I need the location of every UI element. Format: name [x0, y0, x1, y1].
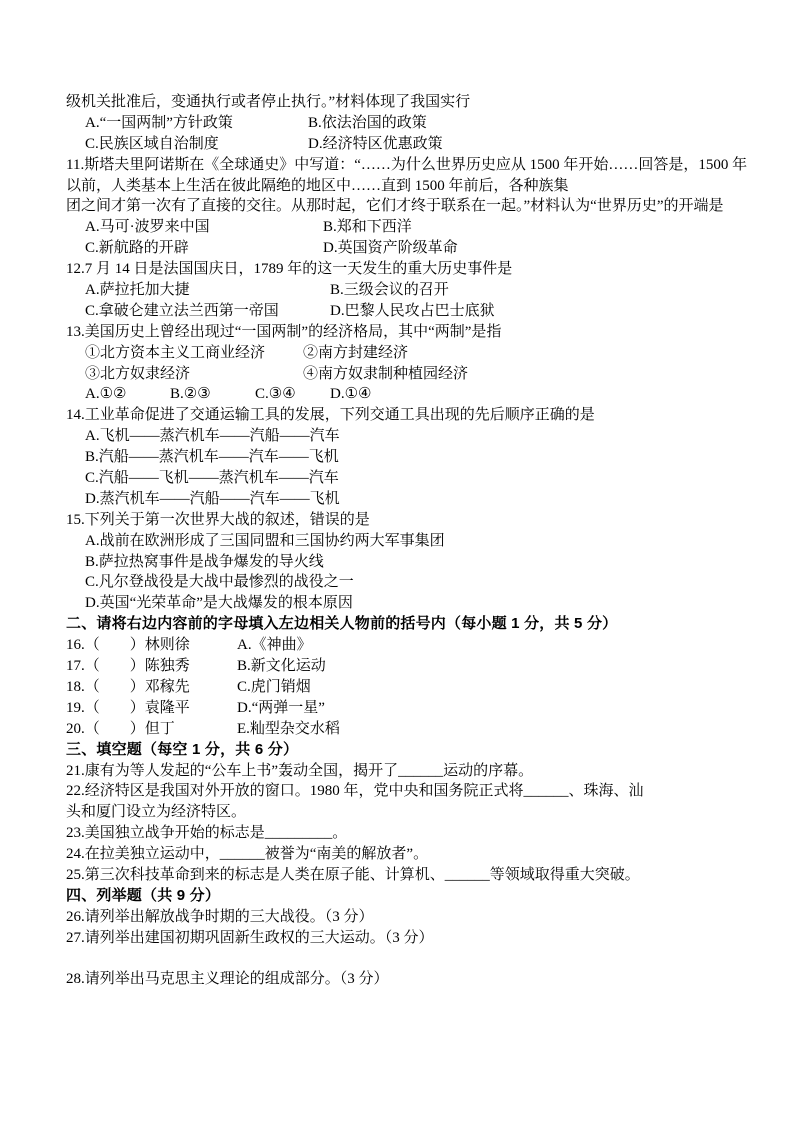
q10-stem-continuation: 级机关批准后，变通执行或者停止执行。”材料体现了我国实行 [0, 92, 794, 113]
q23-fill-blank: 23.美国独立战争开始的标志是_________。 [0, 823, 794, 844]
q13-items-3-4: ③北方奴隶经济④南方奴隶制种植园经济 [0, 364, 794, 385]
q17-matching-row-seg-0: 17.（ ）陈独秀 [66, 656, 190, 677]
q13-items-1-2: ①北方资本主义工商业经济②南方封建经济 [0, 343, 794, 364]
q14-option-b-seg-0: B.汽船——蒸汽机车——汽车——飞机 [85, 447, 339, 468]
q15-option-a-seg-0: A.战前在欧洲形成了三国同盟和三国协约两大军事集团 [85, 531, 445, 552]
q13-options-seg-3: D.①④ [330, 384, 371, 405]
q10-stem-continuation-seg-0: 级机关批准后，变通执行或者停止执行。”材料体现了我国实行 [66, 92, 470, 113]
q12-options-ab-seg-0: A.萨拉托加大捷 [85, 280, 190, 301]
q13-items-3-4-seg-0: ③北方奴隶经济 [85, 364, 190, 385]
q20-matching-row-seg-0: 20.（ ）但丁 [66, 719, 175, 740]
q19-matching-row-seg-0: 19.（ ）袁隆平 [66, 698, 190, 719]
q12-options-ab: A.萨拉托加大捷B.三级会议的召开 [0, 280, 794, 301]
q18-matching-row-seg-1: C.虎门销烟 [237, 677, 311, 698]
section-2-heading-seg-0: 二、请将右边内容前的字母填入左边相关人物前的括号内（每小题 1 分，共 5 分） [66, 614, 617, 635]
q14-option-a-seg-0: A.飞机——蒸汽机车——汽船——汽车 [85, 426, 340, 447]
q27-list-question: 27.请列举出建国初期巩固新生政权的三大运动。（3 分） [0, 928, 794, 949]
blank-line [0, 949, 794, 970]
q10-options-cd-seg-1: D.经济特区优惠政策 [308, 134, 443, 155]
q11-stem-line-3: 团之间才第一次有了直接的交往。从那时起，它们才终于联系在一起。”材料认为“世界历… [0, 196, 794, 217]
q20-matching-row-seg-1: E.籼型杂交水稻 [237, 719, 340, 740]
q22-fill-blank-line-1-seg-0: 22.经济特区是我国对外开放的窗口。1980 年，党中央和国务院正式将_____… [66, 781, 644, 802]
q18-matching-row: 18.（ ）邓稼先C.虎门销烟 [0, 677, 794, 698]
q17-matching-row-seg-1: B.新文化运动 [237, 656, 326, 677]
q13-stem: 13.美国历史上曾经出现过“一国两制”的经济格局，其中“两制”是指 [0, 322, 794, 343]
q23-fill-blank-seg-0: 23.美国独立战争开始的标志是_________。 [66, 823, 347, 844]
q11-options-ab-seg-0: A.马可·波罗来中国 [85, 217, 210, 238]
q16-matching-row-seg-1: A.《神曲》 [237, 635, 312, 656]
q15-option-c-seg-0: C.凡尔登战役是大战中最惨烈的战役之一 [85, 572, 354, 593]
q13-items-3-4-seg-1: ④南方奴隶制种植园经济 [303, 364, 468, 385]
q17-matching-row: 17.（ ）陈独秀B.新文化运动 [0, 656, 794, 677]
q12-options-cd-seg-1: D.巴黎人民攻占巴士底狱 [330, 301, 495, 322]
q15-option-d-seg-0: D.英国“光荣革命”是大战爆发的根本原因 [85, 593, 353, 614]
q12-options-ab-seg-1: B.三级会议的召开 [330, 280, 449, 301]
section-3-heading-seg-0: 三、填空题（每空 1 分，共 6 分） [66, 740, 298, 761]
q13-options-seg-1: B.②③ [170, 384, 211, 405]
q12-stem-seg-0: 12.7 月 14 日是法国国庆日，1789 年的这一天发生的重大历史事件是 [66, 259, 512, 280]
q11-options-ab: A.马可·波罗来中国B.郑和下西洋 [0, 217, 794, 238]
q15-option-c: C.凡尔登战役是大战中最惨烈的战役之一 [0, 572, 794, 593]
q12-options-cd-seg-0: C.拿破仑建立法兰西第一帝国 [85, 301, 279, 322]
q12-stem: 12.7 月 14 日是法国国庆日，1789 年的这一天发生的重大历史事件是 [0, 259, 794, 280]
q15-option-b: B.萨拉热窝事件是战争爆发的导火线 [0, 552, 794, 573]
q22-fill-blank-line-1: 22.经济特区是我国对外开放的窗口。1980 年，党中央和国务院正式将_____… [0, 781, 794, 802]
q15-option-b-seg-0: B.萨拉热窝事件是战争爆发的导火线 [85, 552, 324, 573]
q13-options-seg-0: A.①② [85, 384, 126, 405]
q11-options-ab-seg-1: B.郑和下西洋 [323, 217, 412, 238]
q14-option-c: C.汽船——飞机——蒸汽机车——汽车 [0, 468, 794, 489]
q27-list-question-seg-0: 27.请列举出建国初期巩固新生政权的三大运动。（3 分） [66, 928, 434, 949]
q16-matching-row: 16.（ ）林则徐A.《神曲》 [0, 635, 794, 656]
q14-option-c-seg-0: C.汽船——飞机——蒸汽机车——汽车 [85, 468, 339, 489]
q13-options: A.①②B.②③C.③④D.①④ [0, 384, 794, 405]
q11-options-cd: C.新航路的开辟D.英国资产阶级革命 [0, 238, 794, 259]
section-4-heading: 四、列举题（共 9 分） [0, 886, 794, 907]
q26-list-question-seg-0: 26.请列举出解放战争时期的三大战役。（3 分） [66, 907, 374, 928]
q20-matching-row: 20.（ ）但丁E.籼型杂交水稻 [0, 719, 794, 740]
q14-stem-seg-0: 14.工业革命促进了交通运输工具的发展，下列交通工具出现的先后顺序正确的是 [66, 405, 595, 426]
q24-fill-blank: 24.在拉美独立运动中，______被誉为“南美的解放者”。 [0, 844, 794, 865]
q25-fill-blank-seg-0: 25.第三次科技革命到来的标志是人类在原子能、计算机、______等领域取得重大… [66, 865, 640, 886]
q10-options-ab-seg-0: A.“一国两制”方针政策 [85, 113, 233, 134]
q14-option-b: B.汽船——蒸汽机车——汽车——飞机 [0, 447, 794, 468]
q11-stem-line-3-seg-0: 团之间才第一次有了直接的交往。从那时起，它们才终于联系在一起。”材料认为“世界历… [66, 196, 723, 217]
q14-option-d: D.蒸汽机车——汽船——汽车——飞机 [0, 489, 794, 510]
exam-page: 级机关批准后，变通执行或者停止执行。”材料体现了我国实行A.“一国两制”方针政策… [0, 92, 794, 990]
q18-matching-row-seg-0: 18.（ ）邓稼先 [66, 677, 190, 698]
q13-items-1-2-seg-1: ②南方封建经济 [303, 343, 408, 364]
q28-list-question: 28.请列举出马克思主义理论的组成部分。（3 分） [0, 969, 794, 990]
q11-stem-line-2: 以前，人类基本上生活在彼此隔绝的地区中……直到 1500 年前后，各种族集 [0, 176, 794, 197]
q19-matching-row-seg-1: D.“两弹一星” [237, 698, 325, 719]
q15-stem-seg-0: 15.下列关于第一次世界大战的叙述，错误的是 [66, 510, 370, 531]
q21-fill-blank-seg-0: 21.康有为等人发起的“公车上书”轰动全国，揭开了______运动的序幕。 [66, 761, 533, 782]
section-2-heading: 二、请将右边内容前的字母填入左边相关人物前的括号内（每小题 1 分，共 5 分） [0, 614, 794, 635]
section-4-heading-seg-0: 四、列举题（共 9 分） [66, 886, 220, 907]
q22-fill-blank-line-2-seg-0: 头和厦门设立为经济特区。 [66, 802, 246, 823]
q21-fill-blank: 21.康有为等人发起的“公车上书”轰动全国，揭开了______运动的序幕。 [0, 761, 794, 782]
q15-option-a: A.战前在欧洲形成了三国同盟和三国协约两大军事集团 [0, 531, 794, 552]
q13-options-seg-2: C.③④ [255, 384, 296, 405]
q10-options-ab: A.“一国两制”方针政策B.依法治国的政策 [0, 113, 794, 134]
q11-stem-line-1: 11.斯塔夫里阿诺斯在《全球通史》中写道：“……为什么世界历史应从 1500 年… [0, 155, 794, 176]
q11-options-cd-seg-0: C.新航路的开辟 [85, 238, 189, 259]
q13-items-1-2-seg-0: ①北方资本主义工商业经济 [85, 343, 265, 364]
q24-fill-blank-seg-0: 24.在拉美独立运动中，______被誉为“南美的解放者”。 [66, 844, 428, 865]
q16-matching-row-seg-0: 16.（ ）林则徐 [66, 635, 190, 656]
q14-stem: 14.工业革命促进了交通运输工具的发展，下列交通工具出现的先后顺序正确的是 [0, 405, 794, 426]
q28-list-question-seg-0: 28.请列举出马克思主义理论的组成部分。（3 分） [66, 969, 389, 990]
q14-option-a: A.飞机——蒸汽机车——汽船——汽车 [0, 426, 794, 447]
q14-option-d-seg-0: D.蒸汽机车——汽船——汽车——飞机 [85, 489, 340, 510]
q19-matching-row: 19.（ ）袁隆平D.“两弹一星” [0, 698, 794, 719]
q25-fill-blank: 25.第三次科技革命到来的标志是人类在原子能、计算机、______等领域取得重大… [0, 865, 794, 886]
q22-fill-blank-line-2: 头和厦门设立为经济特区。 [0, 802, 794, 823]
q10-options-ab-seg-1: B.依法治国的政策 [308, 113, 427, 134]
q11-stem-line-2-seg-0: 以前，人类基本上生活在彼此隔绝的地区中……直到 1500 年前后，各种族集 [66, 176, 569, 197]
q15-stem: 15.下列关于第一次世界大战的叙述，错误的是 [0, 510, 794, 531]
q26-list-question: 26.请列举出解放战争时期的三大战役。（3 分） [0, 907, 794, 928]
section-3-heading: 三、填空题（每空 1 分，共 6 分） [0, 740, 794, 761]
q11-options-cd-seg-1: D.英国资产阶级革命 [323, 238, 458, 259]
q10-options-cd-seg-0: C.民族区域自治制度 [85, 134, 219, 155]
q13-stem-seg-0: 13.美国历史上曾经出现过“一国两制”的经济格局，其中“两制”是指 [66, 322, 501, 343]
q12-options-cd: C.拿破仑建立法兰西第一帝国D.巴黎人民攻占巴士底狱 [0, 301, 794, 322]
q15-option-d: D.英国“光荣革命”是大战爆发的根本原因 [0, 593, 794, 614]
q11-stem-line-1-seg-0: 11.斯塔夫里阿诺斯在《全球通史》中写道：“……为什么世界历史应从 1500 年… [66, 155, 747, 176]
q10-options-cd: C.民族区域自治制度D.经济特区优惠政策 [0, 134, 794, 155]
